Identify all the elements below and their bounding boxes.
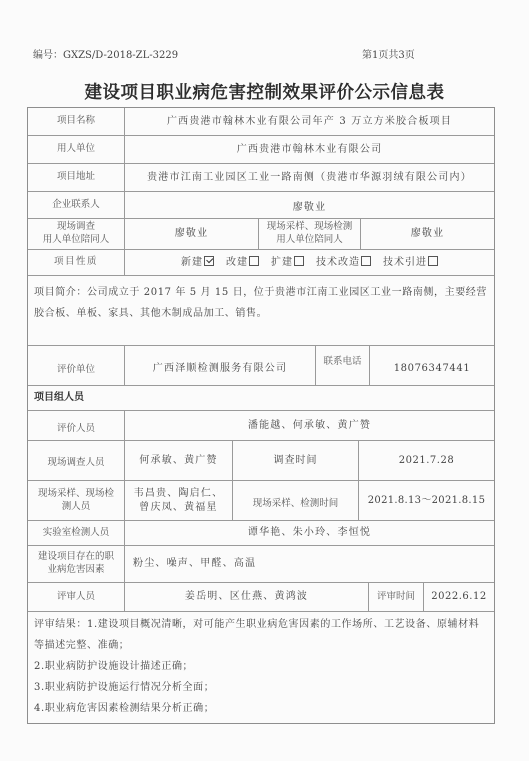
- label-survey-time: 调查时间: [233, 441, 359, 480]
- document-number: 编号：GXZS/D-2018-ZL-3229: [33, 46, 178, 61]
- project-summary: 项目简介：公司成立于 2017 年 5 月 15 日，位于贵港市江南工业园区工业…: [28, 276, 494, 345]
- section-team: 项目组人员: [28, 386, 494, 410]
- option-tech-renovation-label: 技术改造: [316, 257, 360, 268]
- option-rebuild-label: 改建: [226, 257, 248, 268]
- label-evaluator: 评价单位: [28, 346, 125, 385]
- review-result-line4: 4.职业病危害因素检测结果分析正确；: [34, 698, 488, 719]
- option-new-build-label: 新建: [181, 257, 203, 268]
- label-hazards-line2: 业病危害因素: [47, 564, 104, 577]
- label-review-time: 评审时间: [369, 583, 424, 611]
- row-hazards: 建设项目存在的职 业病危害因素 粉尘、噪声、甲醛、高温: [28, 546, 494, 583]
- label-phone: 联系电话: [316, 346, 370, 385]
- row-team-section: 项目组人员: [28, 386, 494, 411]
- option-tech-renovation[interactable]: 技术改造: [316, 256, 371, 270]
- row-lab-staff: 实验室检测人员 谭华艳、朱小玲、李恒悦: [28, 521, 494, 546]
- checkbox-icon[interactable]: [249, 256, 259, 266]
- option-expand-label: 扩建: [271, 257, 293, 268]
- checkbox-icon[interactable]: [361, 256, 371, 266]
- row-review-result: 评审结果：1.建设项目概况清晰，对可能产生职业病危害因素的工作场所、工艺设备、原…: [28, 612, 494, 723]
- value-phone: 18076347441: [370, 346, 494, 385]
- label-employer: 用人单位: [28, 136, 125, 163]
- value-sampling-escort: 廖敬业: [361, 219, 494, 249]
- label-project-name: 项目名称: [28, 108, 125, 135]
- row-assessors: 评价人员 潘能越、何承敏、黄广赞: [28, 411, 494, 441]
- value-review-time: 2022.6.12: [424, 583, 494, 611]
- label-sampling-staff-line1: 现场采样、现场检: [38, 488, 114, 501]
- row-evaluator: 评价单位 广西泽顺检测服务有限公司 联系电话 18076347441: [28, 346, 494, 386]
- label-sampling-staff: 现场采样、现场检 测人员: [28, 481, 125, 520]
- row-contact: 企业联系人 廖敬业: [28, 192, 494, 219]
- value-sampling-staff-line1: 韦昌贵、陶启仁、: [134, 487, 224, 501]
- review-result-line2: 2.职业病防护设施设计描述正确；: [34, 656, 488, 677]
- label-survey-staff: 现场调查人员: [28, 441, 125, 480]
- value-sampling-staff-line2: 曾庆凤、黄福星: [139, 501, 217, 515]
- page-title: 建设项目职业病危害控制效果评价公示信息表: [0, 79, 529, 104]
- option-expand[interactable]: 扩建: [271, 256, 304, 270]
- label-contact: 企业联系人: [28, 192, 125, 218]
- value-reviewers: 姜岳明、区仕燕、黄鸿波: [125, 583, 369, 611]
- checkbox-checked-icon[interactable]: [204, 256, 214, 266]
- value-survey-staff: 何承敏、黄广赞: [125, 441, 233, 480]
- checkbox-icon[interactable]: [428, 256, 438, 266]
- label-assessors: 评价人员: [28, 411, 125, 440]
- checkbox-icon[interactable]: [294, 256, 304, 266]
- row-address: 项目地址 贵港市江南工业园区工业一路南侧（贵港市华源羽绒有限公司内）: [28, 164, 494, 192]
- label-sampling-escort-line2: 用人单位陪同人: [276, 234, 343, 247]
- option-new-build[interactable]: 新建: [181, 256, 214, 270]
- label-reviewers: 评审人员: [28, 583, 125, 611]
- value-project-name: 广西贵港市翰林木业有限公司年产 3 万立方米胶合板项目: [125, 108, 494, 135]
- value-sampling-staff: 韦昌贵、陶启仁、 曾庆凤、黄福星: [125, 481, 233, 520]
- review-result: 评审结果：1.建设项目概况清晰，对可能产生职业病危害因素的工作场所、工艺设备、原…: [28, 612, 494, 723]
- value-contact: 廖敬业: [125, 192, 494, 218]
- option-tech-import-label: 技术引进: [383, 257, 427, 268]
- row-escorts: 现场调查 用人单位陪同人 廖敬业 现场采样、现场检测 用人单位陪同人 廖敬业: [28, 219, 494, 250]
- info-table: 项目名称 广西贵港市翰林木业有限公司年产 3 万立方米胶合板项目 用人单位 广西…: [27, 107, 495, 724]
- review-result-line1: 评审结果：1.建设项目概况清晰，对可能产生职业病危害因素的工作场所、工艺设备、原…: [34, 614, 488, 656]
- value-survey-time: 2021.7.28: [359, 441, 494, 480]
- label-survey-escort-line2: 用人单位陪同人: [43, 234, 110, 247]
- value-survey-escort: 廖敬业: [125, 219, 259, 249]
- value-evaluator: 广西泽顺检测服务有限公司: [125, 346, 316, 385]
- value-assessors: 潘能越、何承敏、黄广赞: [125, 411, 494, 440]
- value-address: 贵港市江南工业园区工业一路南侧（贵港市华源羽绒有限公司内）: [125, 164, 494, 191]
- row-reviewers: 评审人员 姜岳明、区仕燕、黄鸿波 评审时间 2022.6.12: [28, 583, 494, 612]
- label-survey-escort: 现场调查 用人单位陪同人: [28, 219, 125, 249]
- label-sampling-escort: 现场采样、现场检测 用人单位陪同人: [259, 219, 361, 249]
- option-tech-import[interactable]: 技术引进: [383, 256, 438, 270]
- value-sampling-time: 2021.8.13～2021.8.15: [359, 481, 494, 520]
- page-info: 第1页共3页: [362, 46, 415, 61]
- review-result-line3: 3.职业病防护设施运行情况分析全面；: [34, 677, 488, 698]
- option-rebuild[interactable]: 改建: [226, 256, 259, 270]
- label-survey-escort-line1: 现场调查: [57, 221, 95, 234]
- label-address: 项目地址: [28, 164, 125, 191]
- nature-options: 新建 改建 扩建 技术改造 技术引进: [125, 250, 494, 275]
- row-survey-staff: 现场调查人员 何承敏、黄广赞 调查时间 2021.7.28: [28, 441, 494, 481]
- value-lab-staff: 谭华艳、朱小玲、李恒悦: [125, 521, 494, 545]
- row-nature: 项目性质 新建 改建 扩建 技术改造 技术引进: [28, 250, 494, 276]
- value-hazards: 粉尘、噪声、甲醛、高温: [125, 546, 494, 582]
- label-sampling-escort-line1: 现场采样、现场检测: [267, 221, 353, 234]
- label-hazards: 建设项目存在的职 业病危害因素: [28, 546, 125, 582]
- label-sampling-staff-line2: 测人员: [62, 501, 91, 514]
- row-project-name: 项目名称 广西贵港市翰林木业有限公司年产 3 万立方米胶合板项目: [28, 108, 494, 136]
- label-nature: 项目性质: [28, 250, 125, 275]
- label-sampling-time: 现场采样、检测时间: [233, 481, 359, 520]
- label-lab-staff: 实验室检测人员: [28, 521, 125, 545]
- row-employer: 用人单位 广西贵港市翰林木业有限公司: [28, 136, 494, 164]
- value-employer: 广西贵港市翰林木业有限公司: [125, 136, 494, 163]
- row-summary: 项目简介：公司成立于 2017 年 5 月 15 日，位于贵港市江南工业园区工业…: [28, 276, 494, 346]
- row-sampling-staff: 现场采样、现场检 测人员 韦昌贵、陶启仁、 曾庆凤、黄福星 现场采样、检测时间 …: [28, 481, 494, 521]
- label-hazards-line1: 建设项目存在的职: [38, 551, 114, 564]
